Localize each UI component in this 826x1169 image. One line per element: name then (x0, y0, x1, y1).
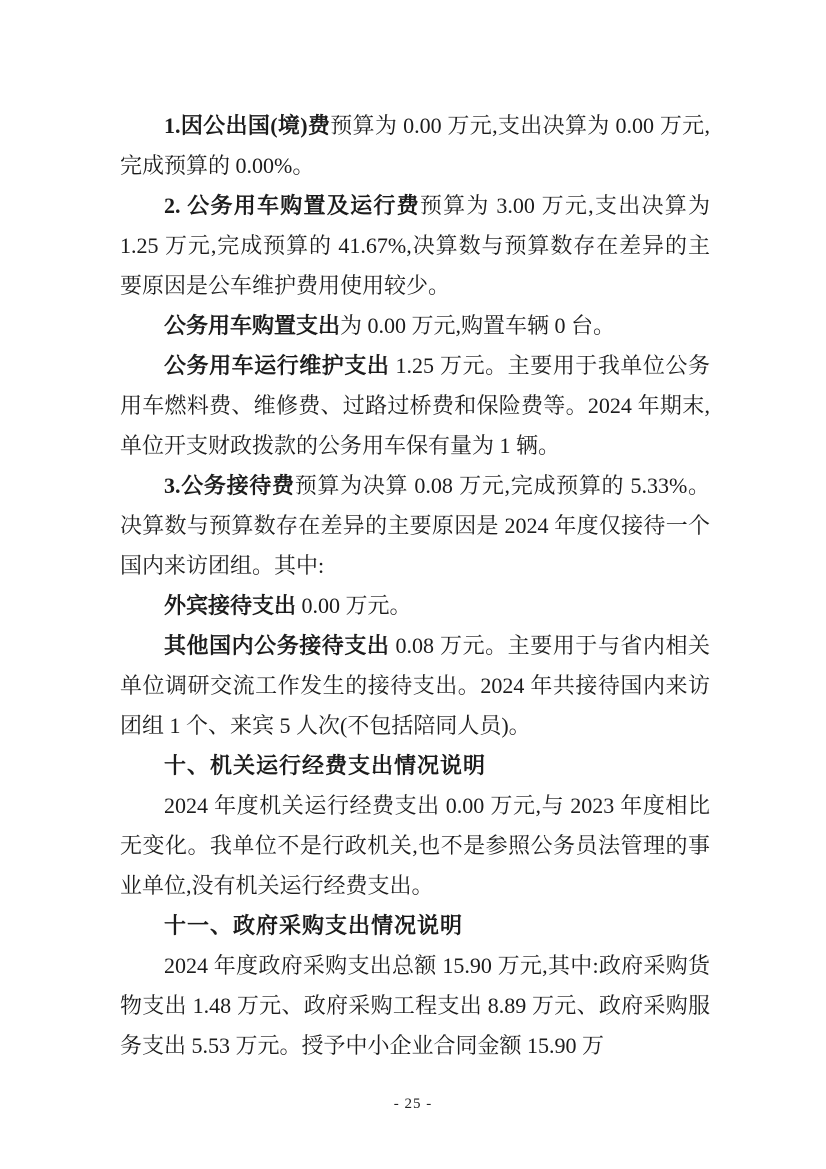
emphasis-text: 3.公务接待费 (164, 473, 295, 498)
text-run: 2024 年度政府采购支出总额 15.90 万元,其中:政府采购货物支出 1.4… (120, 953, 710, 1058)
body-paragraph: 其他国内公务接待支出 0.08 万元。主要用于与省内相关单位调研交流工作发生的接… (120, 626, 710, 746)
emphasis-text: 十一、政府采购支出情况说明 (164, 913, 463, 938)
emphasis-text: 公务用车购置支出 (164, 313, 340, 338)
body-paragraph: 公务用车购置支出为 0.00 万元,购置车辆 0 台。 (120, 306, 710, 346)
body-paragraph: 2024 年度机关运行经费支出 0.00 万元,与 2023 年度相比无变化。我… (120, 786, 710, 906)
body-paragraph: 2024 年度政府采购支出总额 15.90 万元,其中:政府采购货物支出 1.4… (120, 946, 710, 1066)
body-paragraph: 1.因公出国(境)费预算为 0.00 万元,支出决算为 0.00 万元,完成预算… (120, 106, 710, 186)
body-paragraph: 公务用车运行维护支出 1.25 万元。主要用于我单位公务用车燃料费、维修费、过路… (120, 346, 710, 466)
emphasis-text: 十、机关运行经费支出情况说明 (164, 753, 486, 778)
body-paragraph: 3.公务接待费预算为决算 0.08 万元,完成预算的 5.33%。决算数与预算数… (120, 466, 710, 586)
document-body: 1.因公出国(境)费预算为 0.00 万元,支出决算为 0.00 万元,完成预算… (120, 106, 710, 1066)
body-paragraph: 外宾接待支出 0.00 万元。 (120, 586, 710, 626)
text-run: 为 0.00 万元,购置车辆 0 台。 (340, 313, 615, 338)
emphasis-text: 公务用车运行维护支出 (164, 353, 389, 378)
emphasis-text: 外宾接待支出 (164, 593, 296, 618)
emphasis-text: 2. 公务用车购置及运行费 (164, 193, 420, 218)
emphasis-text: 其他国内公务接待支出 (164, 633, 389, 658)
section-heading: 十、机关运行经费支出情况说明 (120, 746, 710, 786)
page-number: - 25 - (0, 1096, 826, 1113)
text-run: 2024 年度机关运行经费支出 0.00 万元,与 2023 年度相比无变化。我… (120, 793, 710, 898)
text-run: 0.00 万元。 (296, 593, 412, 618)
emphasis-text: 1.因公出国(境)费 (164, 113, 330, 138)
body-paragraph: 2. 公务用车购置及运行费预算为 3.00 万元,支出决算为 1.25 万元,完… (120, 186, 710, 306)
document-page: 1.因公出国(境)费预算为 0.00 万元,支出决算为 0.00 万元,完成预算… (0, 0, 826, 1169)
section-heading: 十一、政府采购支出情况说明 (120, 906, 710, 946)
